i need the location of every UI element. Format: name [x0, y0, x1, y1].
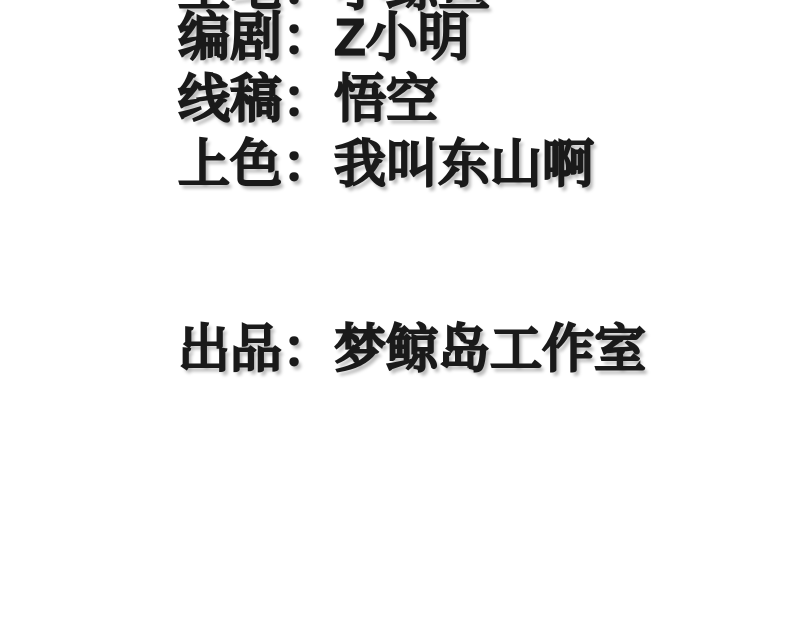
credit-line-line-art: 线稿：悟空	[178, 74, 438, 126]
credit-line-producer: 出品：梦鲸岛工作室	[178, 324, 646, 376]
credit-line-coloring: 上色：我叫东山啊	[178, 139, 594, 191]
credit-line-screenwriter: 编剧：Z小明	[178, 12, 470, 64]
comic-credits-page: 主笔：小鲸鱼 编剧：Z小明 线稿：悟空 上色：我叫东山啊 出品：梦鲸岛工作室	[0, 0, 800, 625]
